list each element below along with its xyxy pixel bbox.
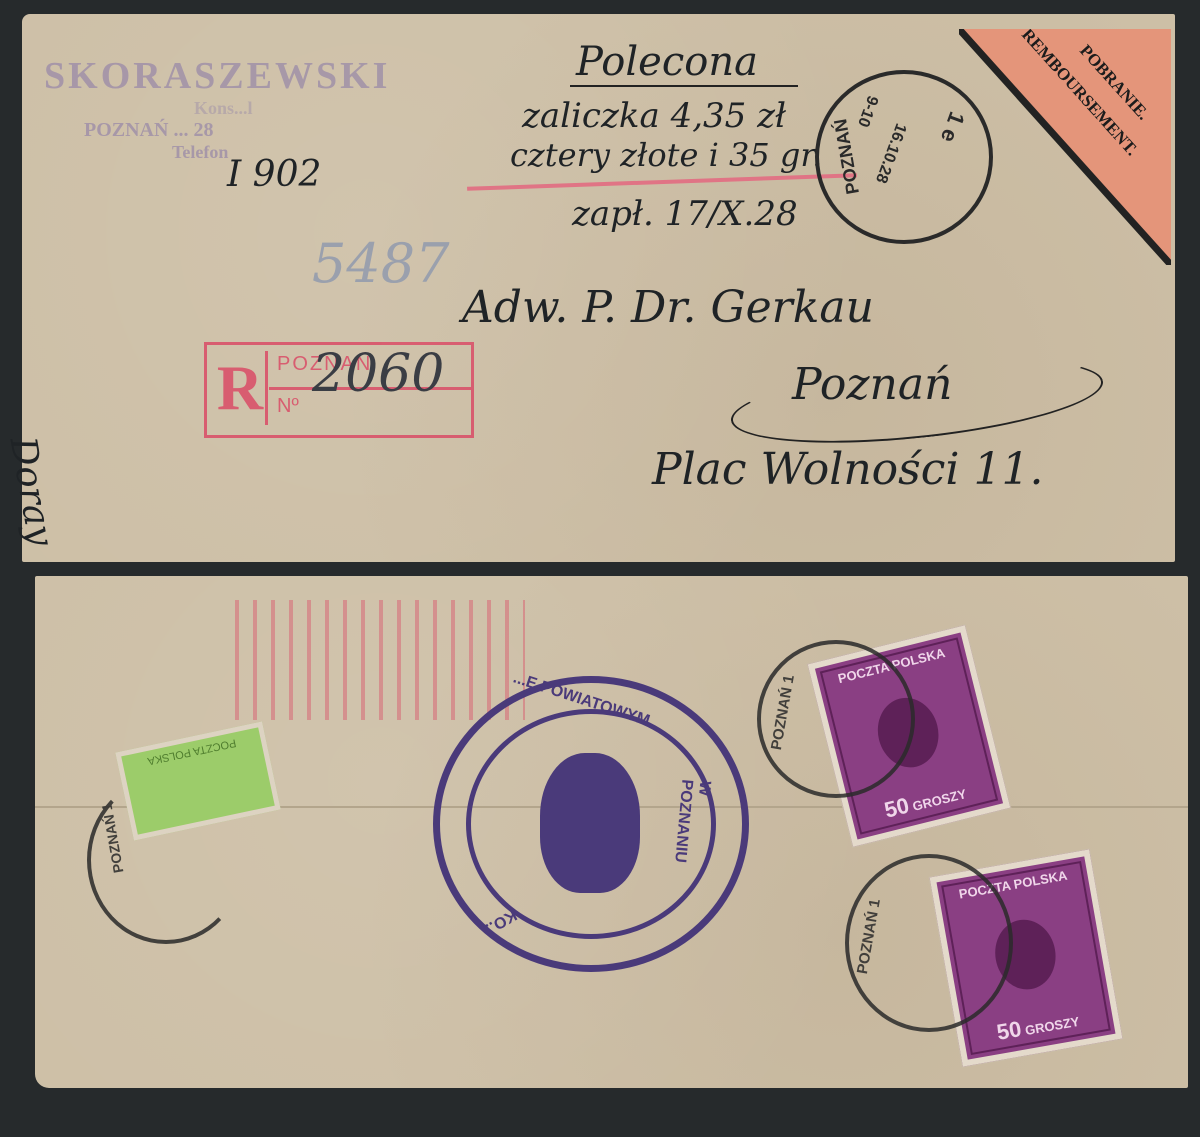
eagle-emblem-icon [540, 753, 640, 893]
back-postmark-2: POZNAŃ 1 [845, 854, 1013, 1032]
handwriting-paid-date: zapł. 17/X.28 [572, 194, 798, 234]
address-line3: Plac Wolności 11. [652, 444, 1043, 495]
handwriting-polecona: Polecona [570, 39, 798, 87]
postmark-time: 9-10 [853, 93, 881, 129]
telefon-number: I 902 [227, 154, 321, 195]
handwriting-amount-words: cztery złote i 35 gr. [510, 136, 822, 174]
envelope-front: SKORASZEWSKI Kons...l POZNAŃ ... 28 Tele… [22, 14, 1175, 562]
pencil-number: 5487 [312, 232, 449, 295]
address-line1: Adw. P. Dr. Gerkau [462, 282, 874, 333]
handwriting-zaliczka: zaliczka 4,35 zł [522, 96, 786, 136]
back-postmark-3: POZNAŃ 1 [87, 776, 245, 944]
sender-name: SKORASZEWSKI [44, 54, 424, 98]
envelope-back: ...E POWIATOWYM W POZNANIU KO... POCZTA … [35, 576, 1188, 1088]
back-postmark-2-city: POZNAŃ 1 [854, 898, 884, 976]
registration-number-prefix: Nº [277, 395, 299, 418]
postmark-office: 1 e [935, 108, 970, 146]
stamp-green-country: POCZTA POLSKA [122, 731, 261, 772]
side-note: Doray [2, 434, 61, 549]
seal-text-right: W POZNANIU [669, 779, 714, 884]
sender-cachet: SKORASZEWSKI Kons...l POZNAŃ ... 28 Tele… [44, 54, 424, 163]
stamp-2-value: 50 GROSZY [968, 1001, 1108, 1051]
postmark: POZNAŃ 16.10.28 9-10 1 e [815, 70, 993, 244]
registration-letter: R [215, 351, 268, 425]
postmark-city: POZNAŃ [830, 117, 864, 195]
sender-line2: Kons...l [194, 98, 424, 119]
postmark-date: 16.10.28 [871, 121, 909, 186]
seal-text-left: KO... [478, 905, 519, 939]
back-postmark-1-city: POZNAŃ 1 [768, 674, 798, 752]
official-seal: ...E POWIATOWYM W POZNANIU KO... [433, 676, 749, 972]
red-underline [467, 173, 857, 191]
back-postmark-1: POZNAŃ 1 [757, 640, 915, 798]
back-postmark-3-city: POZNAŃ 1 [98, 802, 126, 874]
sender-line3: POZNAŃ ... 28 [84, 119, 424, 142]
registration-number: 2060 [312, 344, 444, 404]
red-offset-marks [235, 600, 525, 720]
